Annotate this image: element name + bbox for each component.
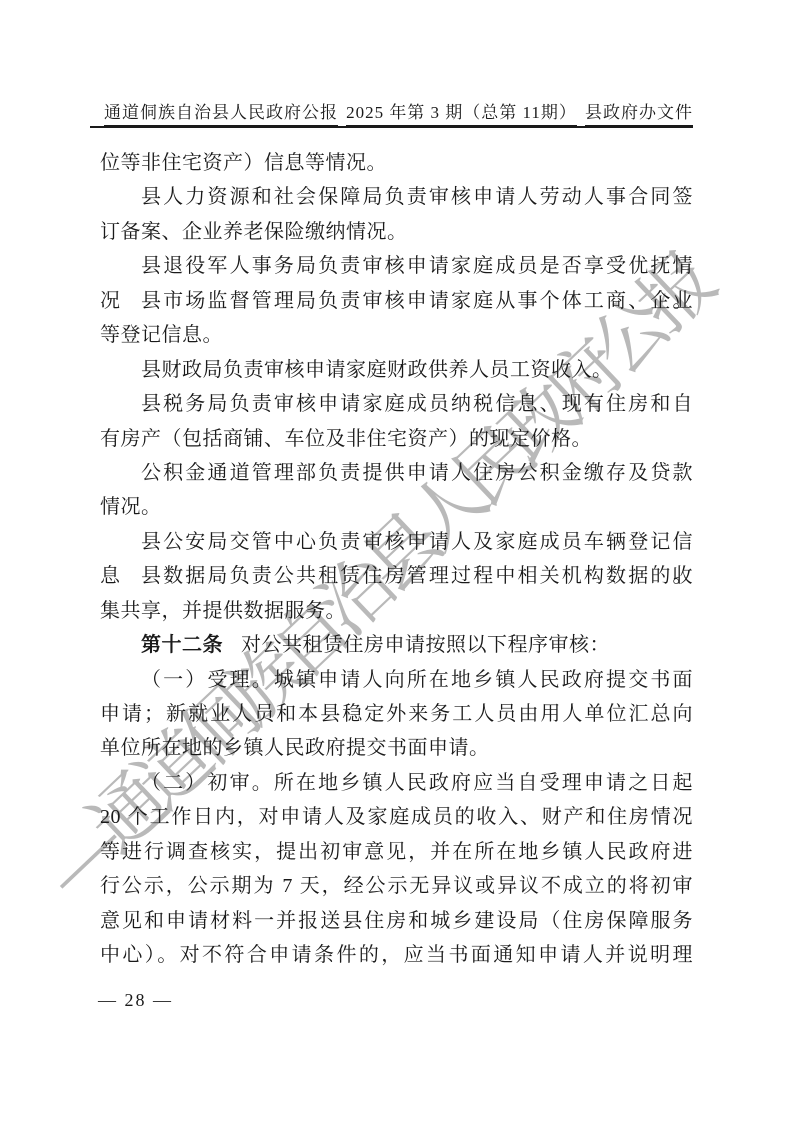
header-rule: [90, 126, 693, 128]
article-number-bold: 第十二条: [141, 634, 223, 656]
body-line: 县退役军人事务局负责审核申请家庭成员是否享受优抚情况。: [100, 249, 693, 283]
body-line: 单位所在地的乡镇人民政府提交书面申请。: [100, 731, 693, 765]
body-line: 等进行调查核实，提出初审意见，并在所在地乡镇人民政府进: [100, 835, 693, 869]
body-line: 有房产（包括商铺、车位及非住宅资产）的现定价格。: [100, 422, 693, 456]
body-line: 20 个工作日内，对申请人及家庭成员的收入、财产和住房情况: [100, 800, 693, 834]
body-line: （一）受理。城镇申请人向所在地乡镇人民政府提交书面: [100, 663, 693, 697]
page-number-footer: — 28 —: [98, 990, 173, 1011]
page: —通道侗族自治县人民政府公报 通道侗族自治县人民政府公报 2025 年第 3 期…: [0, 0, 793, 1122]
body-line: 集共享，并提供数据服务。: [100, 594, 693, 628]
body-line: （二）初审。所在地乡镇人民政府应当自受理申请之日起: [100, 766, 693, 800]
body-line-article-12: 第十二条对公共租赁住房申请按照以下程序审核：: [100, 628, 693, 662]
body-line: 县市场监督管理局负责审核申请家庭从事个体工商、企业: [100, 284, 693, 318]
body-line: 县数据局负责公共租赁住房管理过程中相关机构数据的收: [100, 559, 693, 593]
body-line: 意见和申请材料一并报送县住房和城乡建设局（住房保障服务: [100, 904, 693, 938]
body-line: 县税务局负责审核申请家庭成员纳税信息、现有住房和自: [100, 387, 693, 421]
body-line: 县财政局负责审核申请家庭财政供养人员工资收入。: [100, 353, 693, 387]
document-body: 位等非住宅资产）信息等情况。 县人力资源和社会保障局负责审核申请人劳动人事合同签…: [100, 146, 693, 973]
body-line: 县公安局交管中心负责审核申请人及家庭成员车辆登记信息。: [100, 525, 693, 559]
header-section-label: 县政府办文件: [585, 98, 693, 126]
body-line: 等登记信息。: [100, 318, 693, 352]
body-line: 位等非住宅资产）信息等情况。: [100, 146, 693, 180]
body-line: 县人力资源和社会保障局负责审核申请人劳动人事合同签: [100, 180, 693, 214]
body-line: 行公示，公示期为 7 天，经公示无异议或异议不成立的将初审: [100, 869, 693, 903]
body-line: 申请；新就业人员和本县稳定外来务工人员由用人单位汇总向: [100, 697, 693, 731]
body-line: 订备案、企业养老保险缴纳情况。: [100, 215, 693, 249]
body-line: 公积金通道管理部负责提供申请人住房公积金缴存及贷款: [100, 456, 693, 490]
body-line: 情况。: [100, 490, 693, 524]
header-issue-info: 2025 年第 3 期（总第 11期）: [346, 98, 577, 126]
body-line: 中心）。对不符合申请条件的，应当书面通知申请人并说明理: [100, 938, 693, 972]
article-text: 对公共租赁住房申请按照以下程序审核：: [241, 634, 610, 656]
header: 通道侗族自治县人民政府公报 2025 年第 3 期（总第 11期） 县政府办文件: [90, 98, 693, 126]
header-publication-title: 通道侗族自治县人民政府公报: [104, 98, 338, 126]
